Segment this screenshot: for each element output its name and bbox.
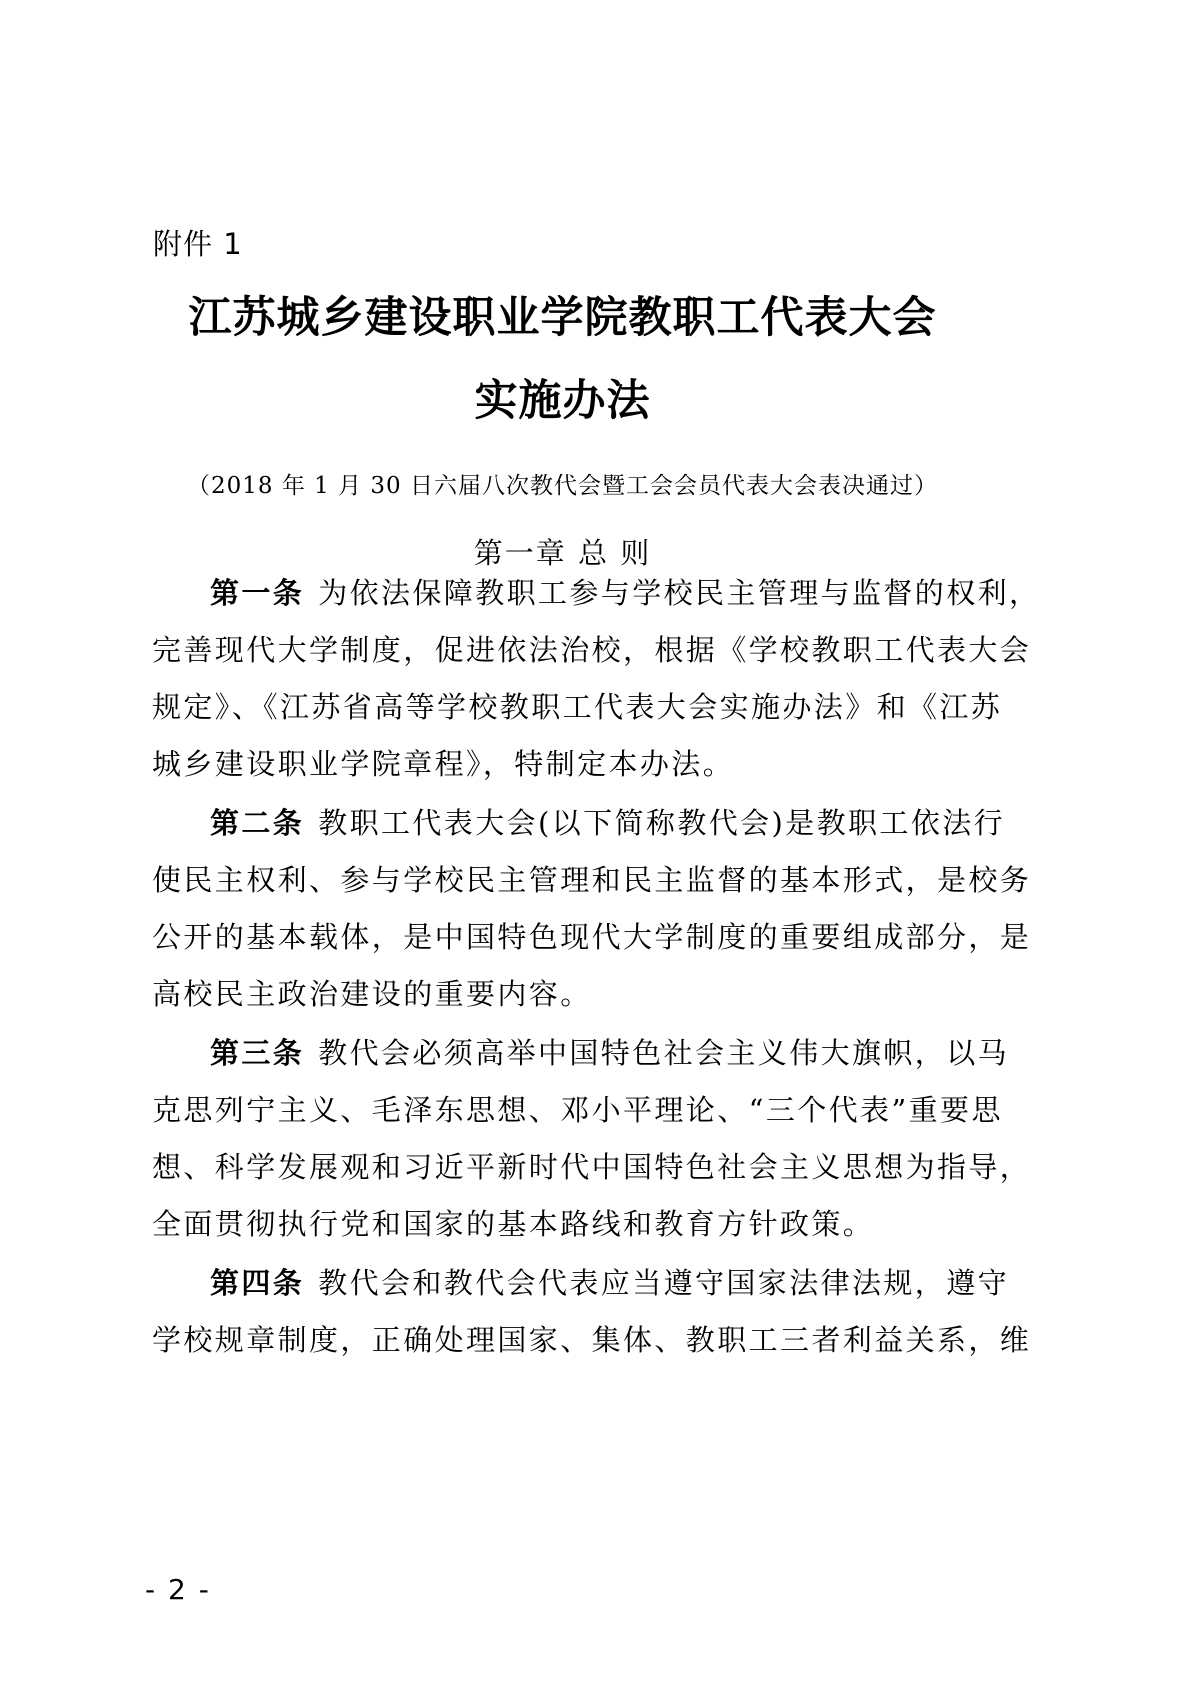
article-line: 第二条教职工代表大会(以下简称教代会)是教职工依法行 [210, 803, 1005, 843]
article-line: 公开的基本载体，是中国特色现代大学制度的重要组成部分，是 [152, 917, 1031, 957]
article-line: 全面贯彻执行党和国家的基本路线和教育方针政策。 [152, 1204, 874, 1244]
article-text: 教代会和教代会代表应当遵守国家法律法规，遵守 [318, 1266, 1009, 1300]
article-line: 使民主权利、参与学校民主管理和民主监督的基本形式，是校务 [152, 860, 1031, 900]
document-page: 附件 1 江苏城乡建设职业学院教职工代表大会 实施办法 （2018 年 1 月 … [0, 0, 1191, 1684]
article-label: 第三条 [210, 1036, 304, 1070]
article-text: 教职工代表大会(以下简称教代会)是教职工依法行 [318, 806, 1005, 840]
article-text: 教代会必须高举中国特色社会主义伟大旗帜，以马 [318, 1036, 1009, 1070]
article-line: 第一条为依法保障教职工参与学校民主管理与监督的权利， [210, 573, 1040, 613]
article-line: 完善现代大学制度，促进依法治校，根据《学校教职工代表大会 [152, 630, 1031, 670]
article-line: 学校规章制度，正确处理国家、集体、教职工三者利益关系，维 [152, 1320, 1031, 1360]
article-line: 克思列宁主义、毛泽东思想、邓小平理论、“三个代表”重要思 [152, 1090, 1003, 1130]
article-label: 第四条 [210, 1266, 304, 1300]
article-text: 为依法保障教职工参与学校民主管理与监督的权利， [318, 576, 1040, 610]
article-label: 第二条 [210, 806, 304, 840]
document-title-line-2: 实施办法 [0, 373, 1158, 429]
article-line: 第三条教代会必须高举中国特色社会主义伟大旗帜，以马 [210, 1033, 1009, 1073]
page-number: - 2 - [145, 1572, 211, 1608]
chapter-heading: 第一章 总 则 [0, 533, 1158, 573]
article-line: 想、科学发展观和习近平新时代中国特色社会主义思想为指导， [152, 1147, 1031, 1187]
attachment-label: 附件 1 [153, 224, 243, 264]
article-line: 高校民主政治建设的重要内容。 [152, 974, 592, 1014]
article-line: 第四条教代会和教代会代表应当遵守国家法律法规，遵守 [210, 1263, 1009, 1303]
article-line: 城乡建设职业学院章程》，特制定本办法。 [152, 744, 734, 784]
article-line: 规定》、《江苏省高等学校教职工代表大会实施办法》和《江苏 [152, 687, 1002, 727]
document-title-line-1: 江苏城乡建设职业学院教职工代表大会 [0, 290, 1158, 346]
adoption-note: （2018 年 1 月 30 日六届八次教代会暨工会会员代表大会表决通过） [0, 470, 1158, 502]
article-label: 第一条 [210, 576, 304, 610]
